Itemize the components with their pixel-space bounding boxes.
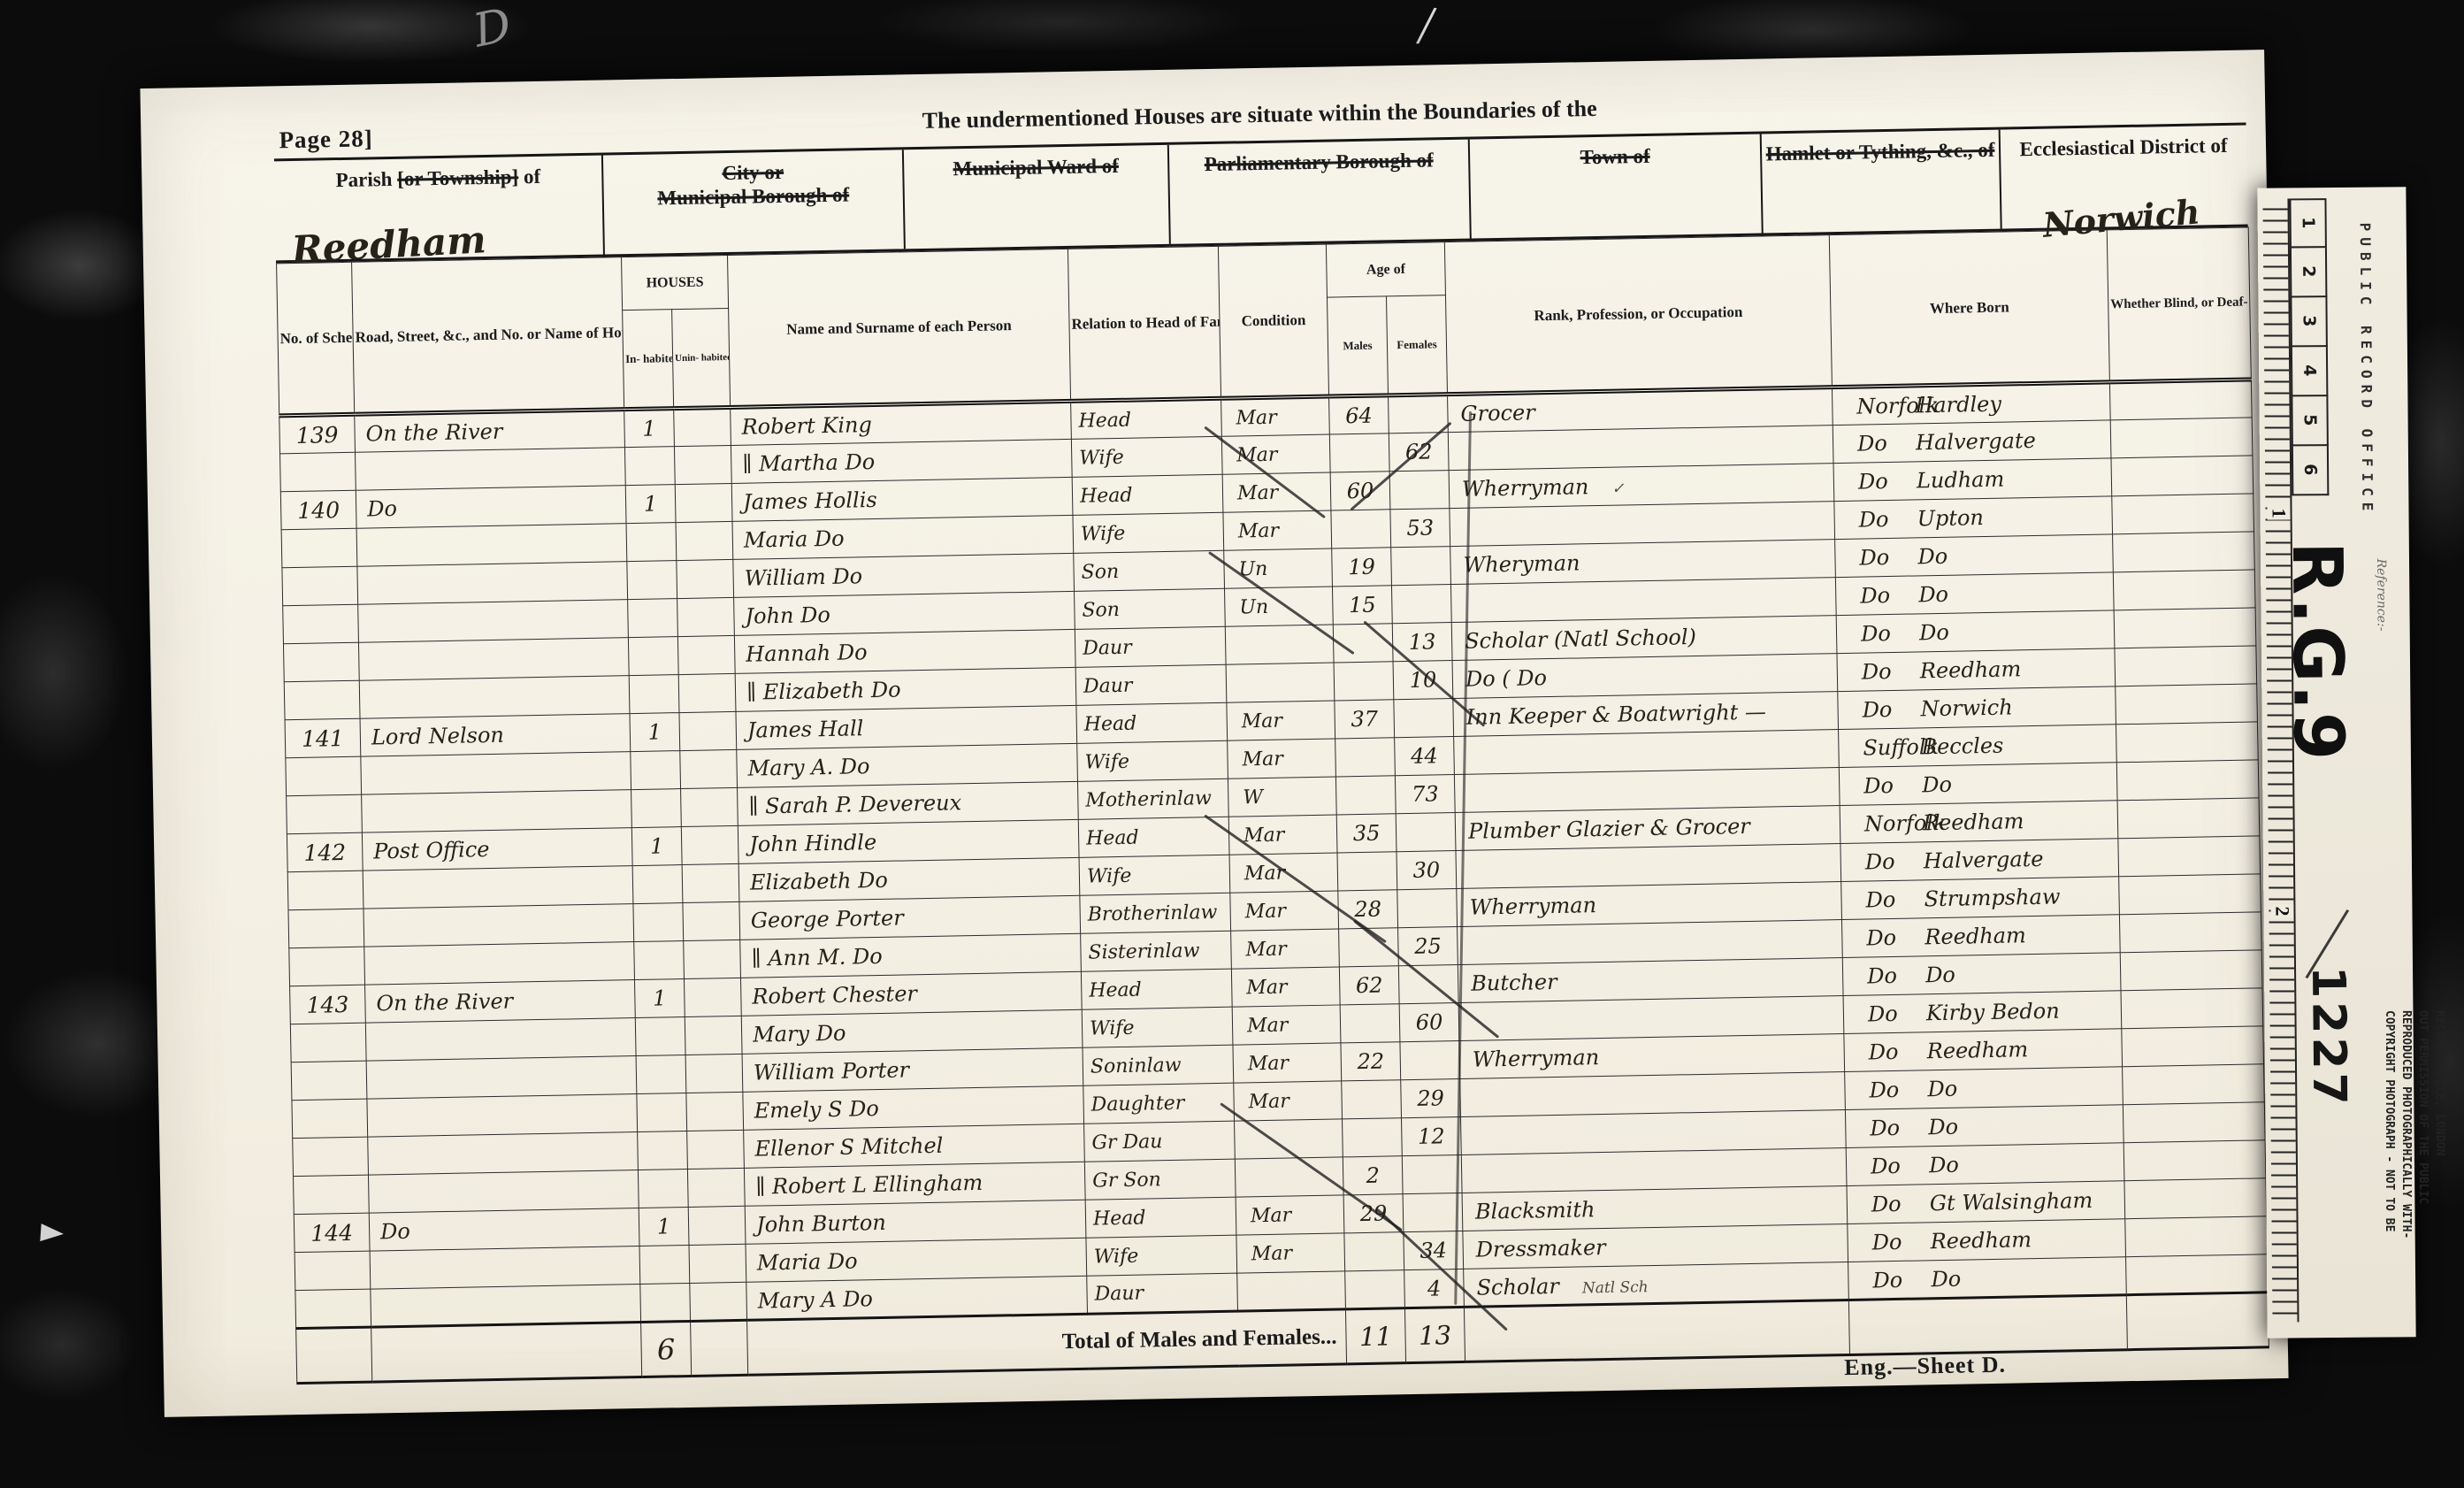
col-header-age-females: Females (1386, 295, 1447, 395)
col-header-relation: Relation to Head of Family (1067, 246, 1221, 401)
archive-name-label: PUBLIC RECORD OFFICE (2357, 223, 2376, 518)
pen-note: Natl Sch (1582, 1278, 1649, 1297)
ruler-number-cell: 5 (2291, 396, 2328, 446)
sheet-footer-label: Eng.—Sheet D. (1844, 1352, 2006, 1381)
district-box-value: Reedham (291, 227, 486, 262)
col-header-condition: Condition (1218, 244, 1328, 398)
ruler-inch-label: 1 (2267, 506, 2290, 519)
col-header-age-males: Males (1328, 296, 1389, 396)
copyright-notice: COPYRIGHT PHOTOGRAPH - NOT TO BE REPRODU… (2381, 1010, 2448, 1355)
col-header-born: Where Born (1829, 230, 2109, 387)
pen-note: ✓ (1611, 479, 1625, 497)
total-females: 13 (1404, 1307, 1465, 1362)
district-box: Town of (1468, 134, 1762, 239)
district-box: Parliamentary Borough of (1167, 140, 1470, 244)
col-header-age-group: Age of (1326, 242, 1445, 297)
series-stamp: R.G.9 (2277, 541, 2358, 763)
ruler-number-cell: 3 (2290, 297, 2327, 347)
col-header-occupation: Rank, Profession, or Occupation (1444, 235, 1832, 395)
total-males: 11 (1345, 1308, 1405, 1364)
district-box: Ecclesiastical District ofNorwich (1999, 126, 2248, 229)
col-header-road: Road, Street, &c., and No. or Name of Ho… (352, 257, 624, 415)
ruler-number-cell: 2 (2290, 248, 2327, 297)
district-box: Hamlet or Tything, &c., of (1760, 130, 2001, 234)
col-header-blind: Whether Blind, or Deaf- and-Dumb (2107, 227, 2251, 382)
census-scan-page: D / Page 28] The undermentioned Houses a… (0, 0, 2464, 1488)
district-box-value: Norwich (2042, 199, 2201, 237)
census-tbody: 139On the River1Robert KingHeadMar64Groc… (279, 380, 2269, 1329)
col-header-uninhabited: Unin- habited (U.), or Building (B.) (672, 308, 731, 408)
stray-mark-slash: / (1414, 0, 1439, 59)
census-table: No. of Schedule Road, Street, &c., and N… (276, 226, 2269, 1384)
district-box: Parish [or Township] ofReedham (274, 156, 603, 261)
arrow-mark (40, 1223, 64, 1243)
ruler-number-cells: 123456 (2289, 198, 2329, 495)
piece-stamp: 1227 (2301, 966, 2355, 1108)
district-box: Municipal Ward of (902, 145, 1169, 249)
col-header-name: Name and Surname of each Person (728, 249, 1071, 407)
ruler-inch-label: 2 (2270, 904, 2293, 917)
ruler-number-cell: 4 (2291, 347, 2328, 396)
col-header-schedule: No. of Schedule (277, 262, 355, 416)
col-header-inhabited: In- habited (623, 310, 674, 410)
census-sheet: Page 28] The undermentioned Houses are s… (140, 50, 2288, 1417)
ruler-number-cell: 1 (2289, 198, 2326, 248)
total-label: Total of Males and Females... (747, 1309, 1347, 1375)
col-header-houses-group: HOUSES (622, 255, 729, 310)
reference-label: Reference:- (2374, 558, 2389, 631)
stray-mark-d: D (469, 0, 516, 58)
total-houses-inhabited: 6 (641, 1321, 692, 1377)
ruler-number-cell: 6 (2292, 446, 2329, 495)
district-box: City orMunicipal Borough of (601, 150, 904, 254)
